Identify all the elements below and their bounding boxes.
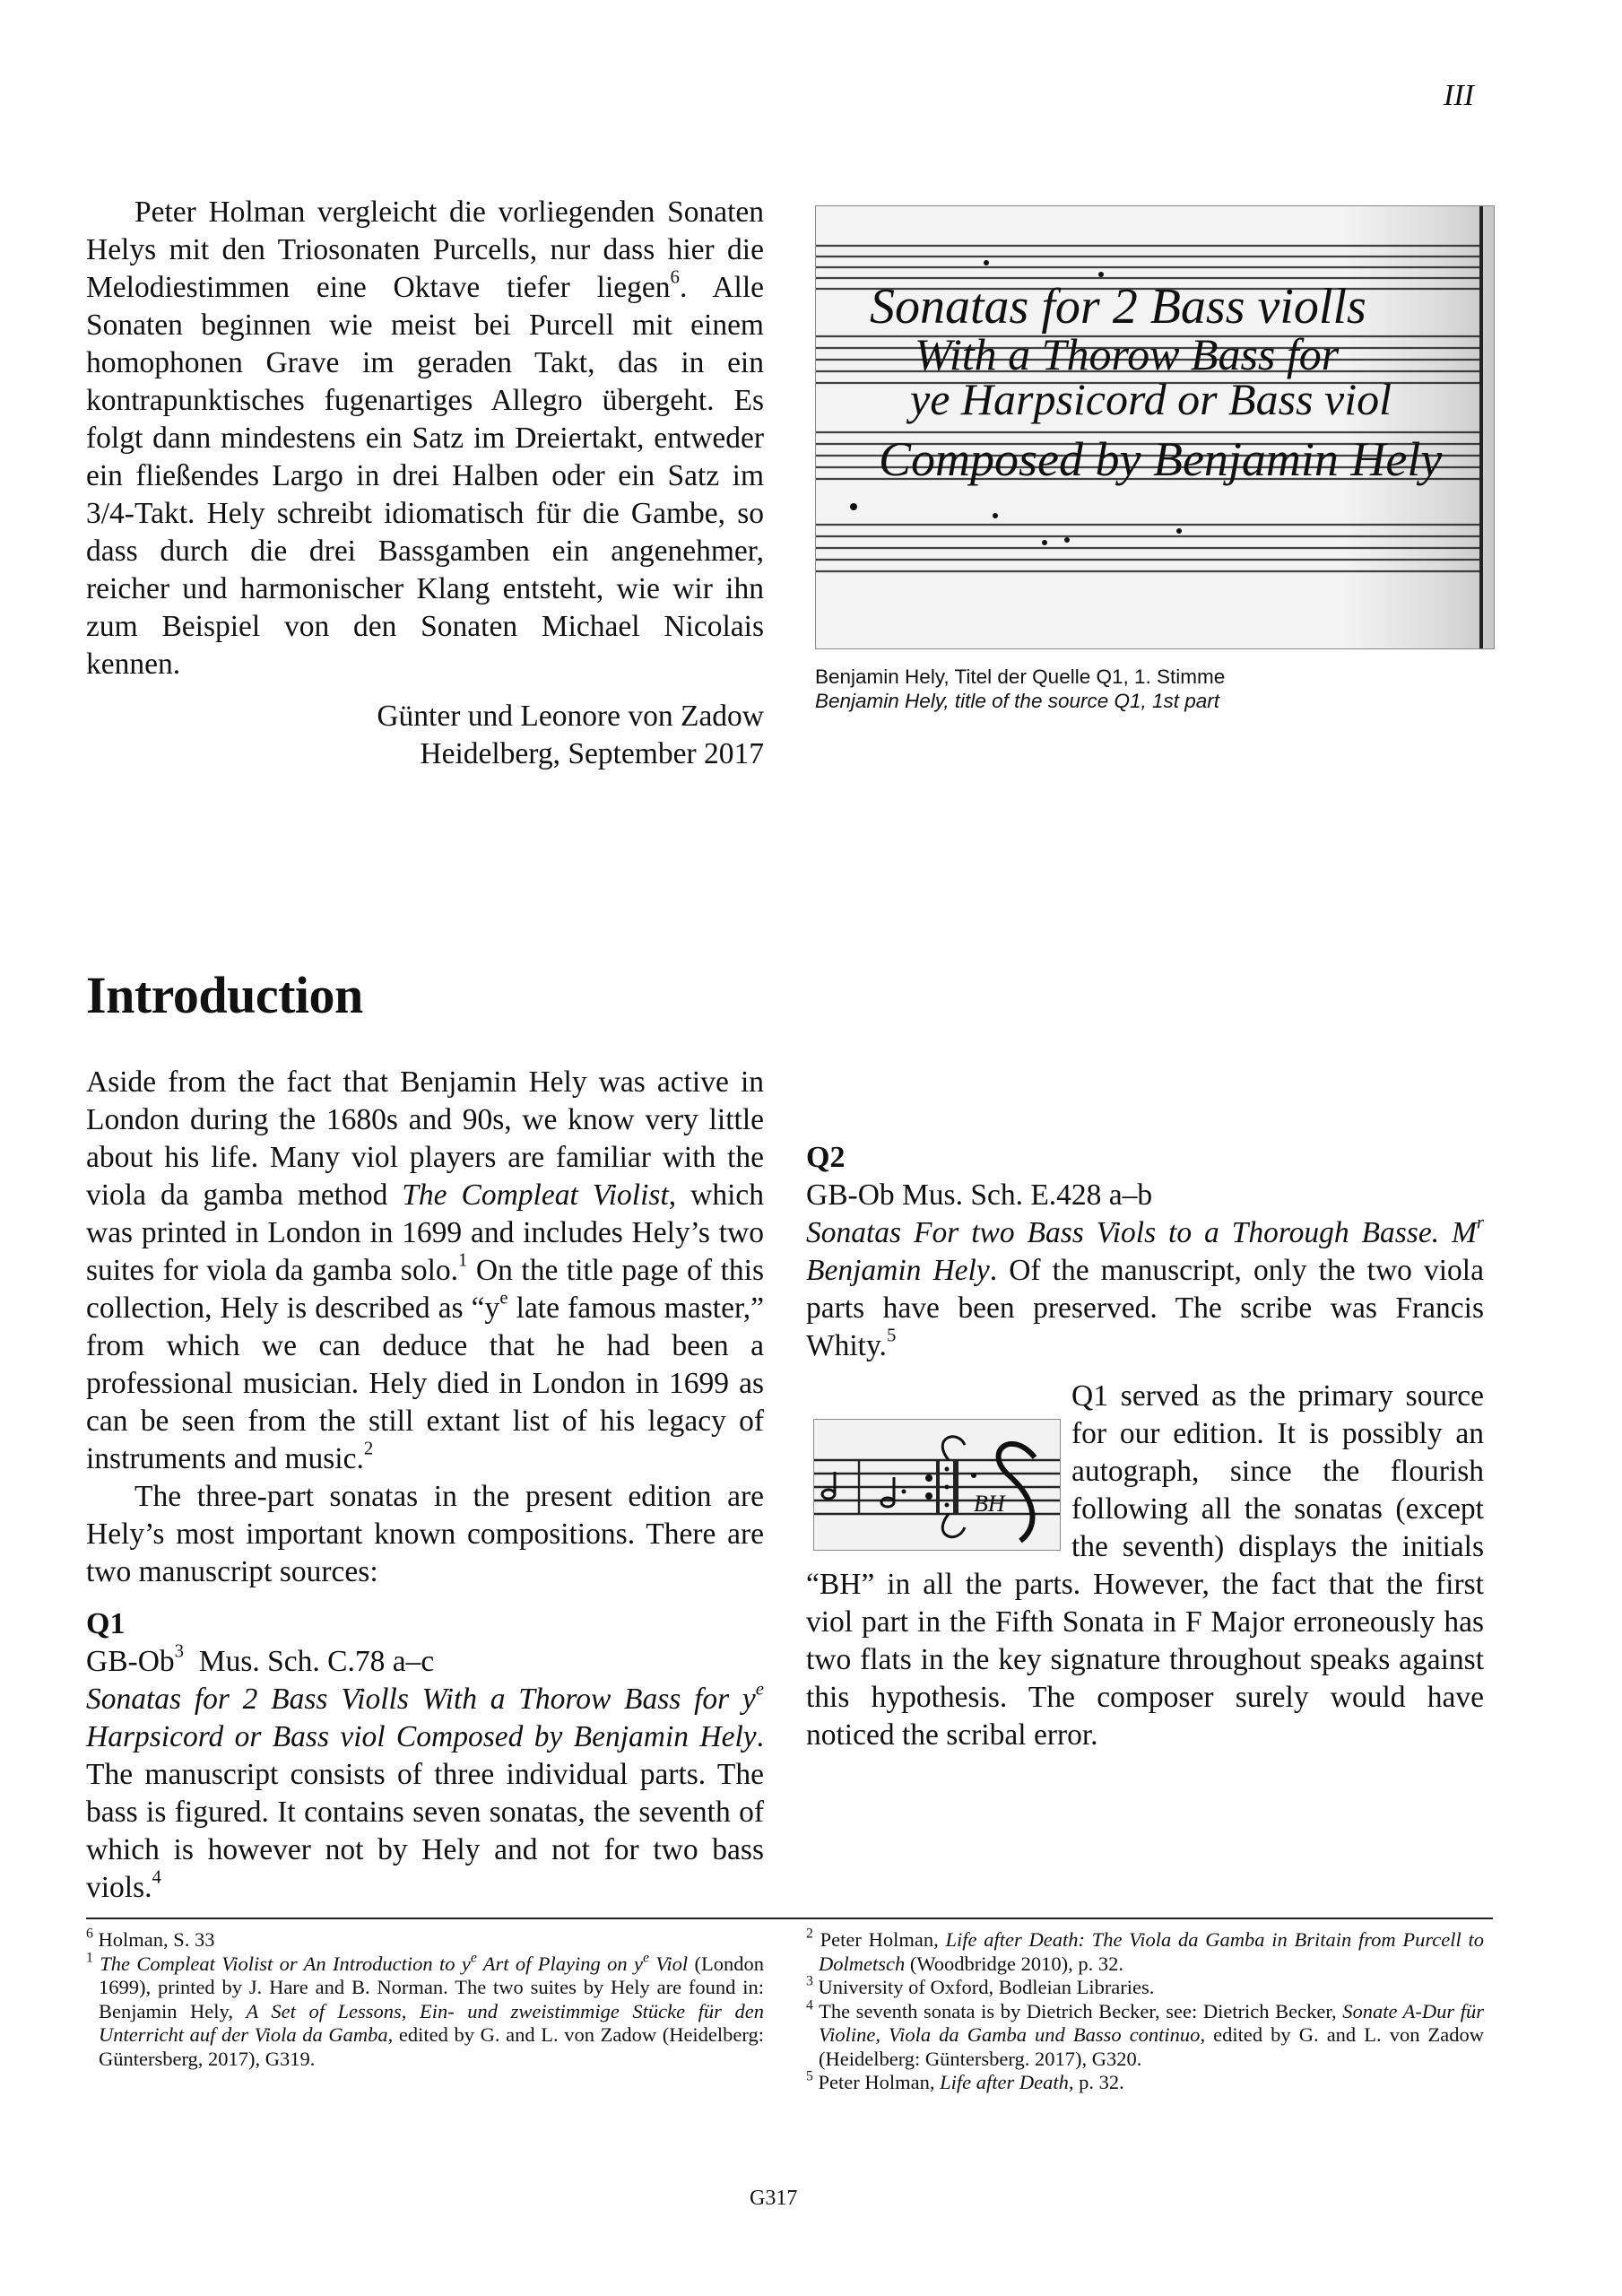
figure1-caption: Benjamin Hely, Titel der Quelle Q1, 1. S…: [815, 665, 1493, 713]
section-heading-introduction: Introduction: [86, 965, 363, 1025]
manuscript-image-icon: Sonatas for 2 Bass violls With a Thorow …: [816, 206, 1494, 648]
svg-text:ye Harpsicord or Bass viol: ye Harpsicord or Bass viol: [906, 374, 1392, 424]
svg-text:With a Thorow Bass for: With a Thorow Bass for: [915, 329, 1340, 379]
flourish-initials-figure: BH: [813, 1419, 1061, 1551]
page-number: G317: [750, 2187, 797, 2211]
footnote-number: 1: [86, 1950, 93, 1965]
footnote-number: 6: [86, 1926, 93, 1942]
footnote-ref[interactable]: 4: [152, 1866, 161, 1887]
caption-english: Benjamin Hely, title of the source Q1, 1…: [815, 689, 1493, 713]
running-page-number: III: [1444, 79, 1474, 113]
footnote-number: 4: [806, 1997, 813, 2013]
intro-paragraph-1: Aside from the fact that Benjamin Hely w…: [86, 1064, 764, 1478]
signature-place-date: Heidelberg, September 2017: [86, 735, 764, 773]
footnote-item: 6 Holman, S. 33: [86, 1928, 764, 1952]
footnote-item: 2 Peter Holman, Life after Death: The Vi…: [806, 1928, 1484, 1976]
music-flourish-icon: BH: [814, 1420, 1060, 1550]
source-q1-description: Sonatas for 2 Bass Violls With a Thorow …: [86, 1681, 764, 1907]
footnote-number: 2: [806, 1926, 813, 1942]
source-heading-q1: Q1: [86, 1605, 764, 1643]
signature-authors: Günter und Leonore von Zadow: [86, 698, 764, 735]
source-q2-shelfmark: GB-Ob Mus. Sch. E.428 a–b: [806, 1177, 1484, 1214]
german-text-block: Peter Holman vergleicht die vorliegenden…: [86, 194, 764, 683]
intro-right-column: Q2 GB-Ob Mus. Sch. E.428 a–b Sonatas For…: [806, 1064, 1484, 1754]
footnote-ref[interactable]: 3: [175, 1640, 184, 1661]
initials-text: BH: [974, 1491, 1006, 1517]
footnotes-left: 6 Holman, S. 331 The Compleat Violist or…: [86, 1928, 764, 2071]
footnote-ref[interactable]: 2: [364, 1438, 373, 1458]
intro-left-column: Aside from the fact that Benjamin Hely w…: [86, 1064, 764, 1907]
svg-text:Sonatas for 2 Bass violls: Sonatas for 2 Bass violls: [870, 279, 1366, 335]
manuscript-title-figure: Sonatas for 2 Bass violls With a Thorow …: [815, 205, 1495, 649]
footnote-number: 5: [806, 2069, 813, 2084]
german-paragraph: Peter Holman vergleicht die vorliegenden…: [86, 194, 764, 683]
footnote-item: 1 The Compleat Violist or An Introductio…: [86, 1952, 764, 2072]
footnote-item: 5 Peter Holman, Life after Death, p. 32.: [806, 2071, 1484, 2095]
footnote-item: 4 The seventh sonata is by Dietrich Beck…: [806, 2000, 1484, 2072]
source-q2-description: Sonatas For two Bass Viols to a Thorough…: [806, 1214, 1484, 1365]
caption-german: Benjamin Hely, Titel der Quelle Q1, 1. S…: [815, 665, 1493, 689]
footnotes-right: 2 Peter Holman, Life after Death: The Vi…: [806, 1928, 1484, 2095]
signature-block: Günter und Leonore von Zadow Heidelberg,…: [86, 698, 764, 773]
footnote-divider: [86, 1918, 1493, 1919]
source-heading-q2: Q2: [806, 1139, 1484, 1177]
svg-text:Composed by Benjamin Hely: Composed by Benjamin Hely: [879, 432, 1442, 486]
footnote-ref[interactable]: 5: [887, 1325, 896, 1345]
footnote-item: 3 University of Oxford, Bodleian Librari…: [806, 1976, 1484, 2000]
footnote-ref[interactable]: 1: [458, 1249, 467, 1270]
footnote-number: 3: [806, 1974, 813, 1989]
footnote-ref[interactable]: 6: [671, 266, 680, 287]
intro-paragraph-2: The three-part sonatas in the present ed…: [86, 1478, 764, 1591]
source-q1-shelfmark: GB-Ob3 Mus. Sch. C.78 a–c: [86, 1643, 764, 1681]
